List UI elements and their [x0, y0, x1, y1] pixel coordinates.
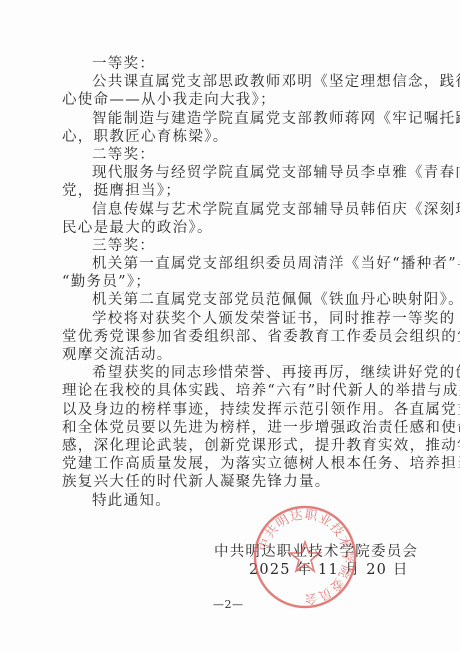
first-prize-entry-2-line-1: 智能制造与建造学院直属党支部教师蒋网《牢记嘱托践初 — [62, 110, 402, 128]
third-prize-entry-1-line-1: 机关第一直属党支部组织委员周清洋《当好“播种者”与 — [62, 255, 402, 273]
document-body: 一等奖： 公共课直属党支部思政教师邓明《坚定理想信念，践行初 心使命——从小我走… — [62, 55, 402, 510]
second-prize-entry-2-line-2: 民心是最大的政治》。 — [62, 219, 402, 237]
paragraph-hopes-line-3: 以及身边的榜样事迹，持续发挥示范引领作用。各直属党支部 — [62, 401, 402, 419]
first-prize-entry-1-line-2: 心使命——从小我走向大我》； — [62, 91, 402, 109]
signature-date: 2025 年 11 月 20 日 — [249, 558, 409, 579]
paragraph-hopes-line-6: 党建工作高质量发展，为落实立德树人根本任务、培养担当民 — [62, 455, 402, 473]
third-prize-entry-1-line-2: “勤务员”》； — [62, 273, 402, 291]
first-prize-entry-1-line-1: 公共课直属党支部思政教师邓明《坚定理想信念，践行初 — [62, 73, 402, 91]
paragraph-certificates-line-1: 学校将对获奖个人颁发荣誉证书，同时推荐一等奖的 2 — [62, 310, 402, 328]
third-prize-entry-2-line-1: 机关第二直属党支部党员范佩佩《铁血丹心映射阳》。 — [62, 291, 402, 309]
paragraph-certificates-line-2: 堂优秀党课参加省委组织部、省委教育工作委员会组织的党课 — [62, 328, 402, 346]
second-prize-entry-1-line-1: 现代服务与经贸学院直属党支部辅导员李卓雅《青春向 — [62, 164, 402, 182]
paragraph-hopes-line-1: 希望获奖的同志珍惜荣誉、再接再厉，继续讲好党的创新 — [62, 364, 402, 382]
second-prize-entry-2-line-1: 信息传媒与艺术学院直属党支部辅导员韩佰庆《深刻理解 — [62, 201, 402, 219]
second-prize-entry-1-line-2: 党，挺膺担当》； — [62, 182, 402, 200]
document-page: 一等奖： 公共课直属党支部思政教师邓明《坚定理想信念，践行初 心使命——从小我走… — [0, 0, 460, 651]
closing-notice: 特此通知。 — [62, 492, 402, 510]
paragraph-hopes-line-4: 和全体党员要以先进为榜样，进一步增强政治责任感和使命 — [62, 419, 402, 437]
first-prize-heading: 一等奖： — [62, 55, 402, 73]
paragraph-hopes-line-2: 理论在我校的具体实践、培养“六有”时代新人的举措与成果 — [62, 382, 402, 400]
first-prize-entry-2-line-2: 心，职教匠心育栋梁》。 — [62, 128, 402, 146]
paragraph-hopes-line-7: 族复兴大任的时代新人凝聚先锋力量。 — [62, 473, 402, 491]
paragraph-hopes-line-5: 感，深化理论武装，创新党课形式，提升教育实效，推动学校 — [62, 437, 402, 455]
third-prize-heading: 三等奖： — [62, 237, 402, 255]
second-prize-heading: 二等奖： — [62, 146, 402, 164]
page-number: —2— — [213, 598, 244, 611]
paragraph-certificates-line-3: 观摩交流活动。 — [62, 346, 402, 364]
